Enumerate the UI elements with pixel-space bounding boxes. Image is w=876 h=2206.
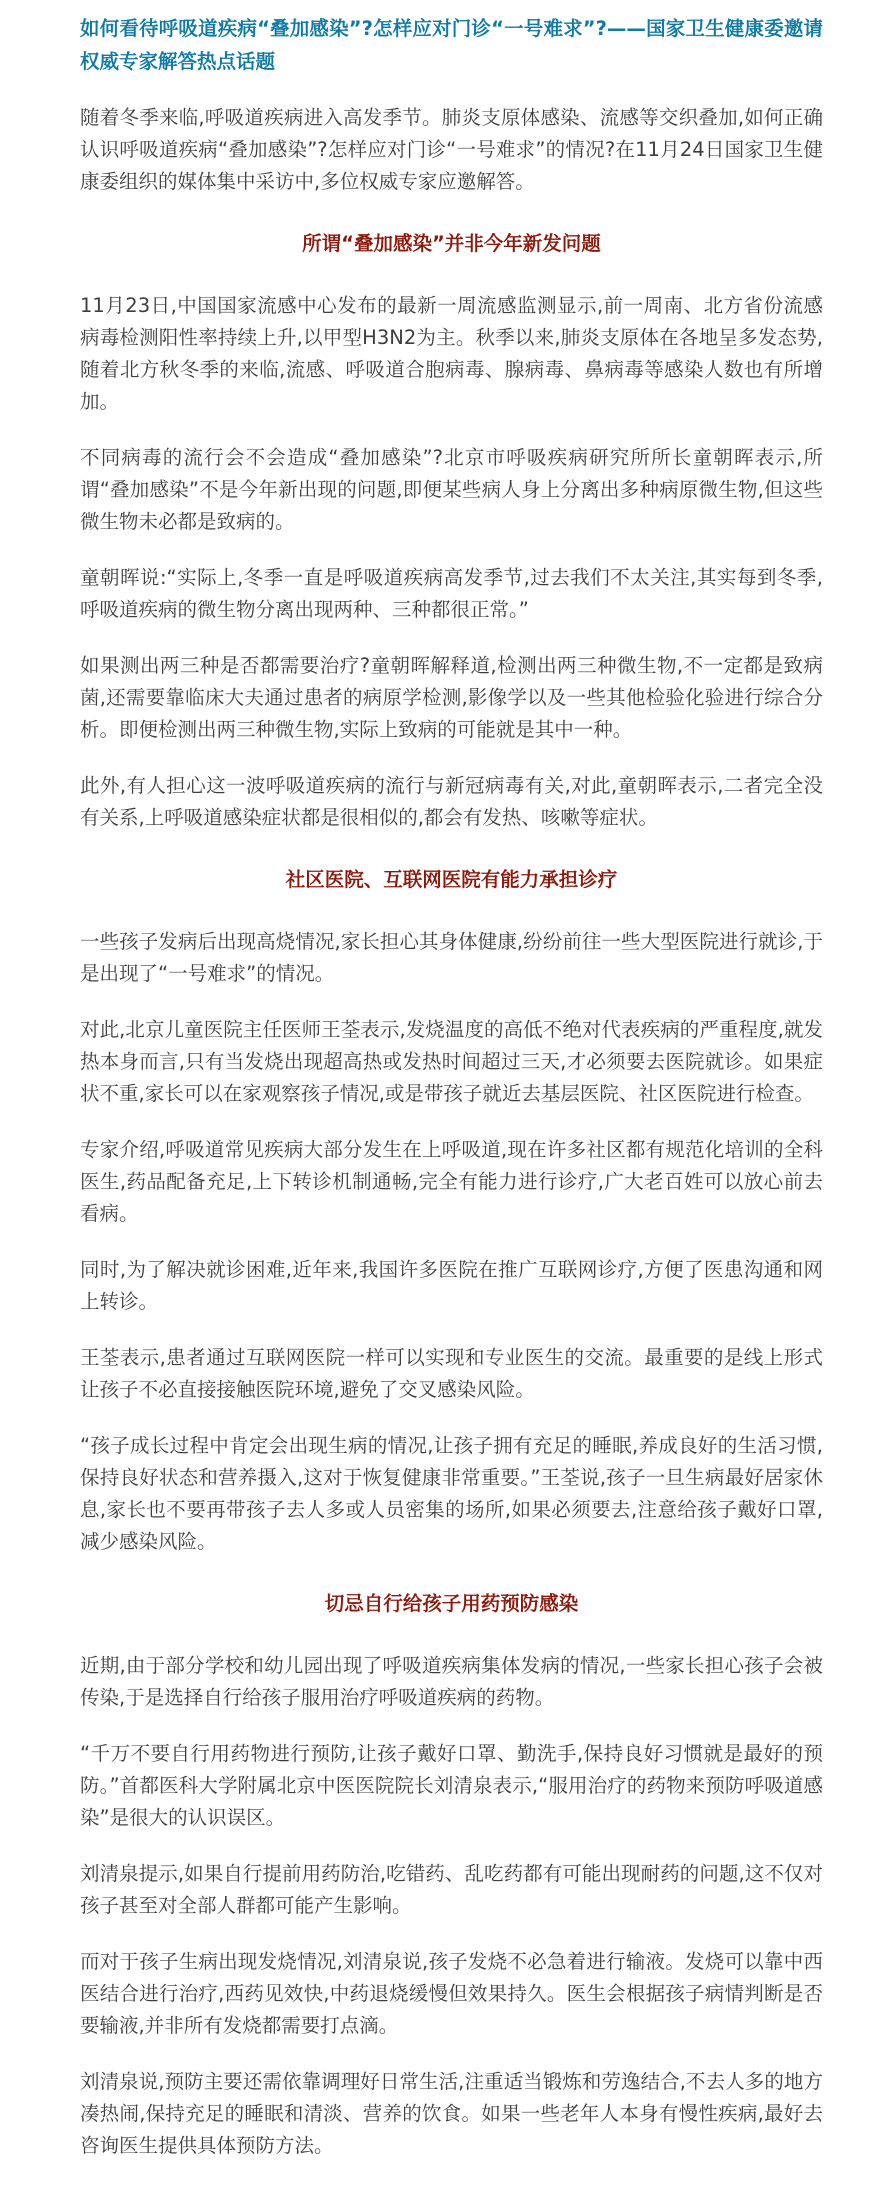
section-heading: 所谓“叠加感染”并非今年新发问题 bbox=[80, 228, 823, 260]
body-paragraph: 对此,北京儿童医院主任医师王荃表示,发烧温度的高低不绝对代表疾病的严重程度,就发… bbox=[80, 1014, 823, 1110]
body-paragraph: “千万不要自行用药物进行预防,让孩子戴好口罩、勤洗手,保持良好习惯就是最好的预防… bbox=[80, 1738, 823, 1834]
article-content: 如何看待呼吸道疾病“叠加感染”?怎样应对门诊“一号难求”?——国家卫生健康委邀请… bbox=[80, 12, 823, 2162]
body-paragraph: “孩子成长过程中肯定会出现生病的情况,让孩子拥有充足的睡眠,养成良好的生活习惯,… bbox=[80, 1430, 823, 1558]
body-paragraph: 专家介绍,呼吸道常见疾病大部分发生在上呼吸道,现在许多社区都有规范化培训的全科医… bbox=[80, 1134, 823, 1230]
body-paragraph: 刘清泉说,预防主要还需依靠调理好日常生活,注重适当锻炼和劳逸结合,不去人多的地方… bbox=[80, 2066, 823, 2162]
body-paragraph: 此外,有人担心这一波呼吸道疾病的流行与新冠病毒有关,对此,童朝晖表示,二者完全没… bbox=[80, 770, 823, 834]
body-paragraph: 童朝晖说:“实际上,冬季一直是呼吸道疾病高发季节,过去我们不太关注,其实每到冬季… bbox=[80, 562, 823, 626]
body-paragraph: 如果测出两三种是否都需要治疗?童朝晖解释道,检测出两三种微生物,不一定都是致病菌… bbox=[80, 650, 823, 746]
body-paragraph: 刘清泉提示,如果自行提前用药防治,吃错药、乱吃药都有可能出现耐药的问题,这不仅对… bbox=[80, 1858, 823, 1922]
body-paragraph: 随着冬季来临,呼吸道疾病进入高发季节。肺炎支原体感染、流感等交织叠加,如何正确认… bbox=[80, 102, 823, 198]
body-paragraph: 王荃表示,患者通过互联网医院一样可以实现和专业医生的交流。最重要的是线上形式让孩… bbox=[80, 1342, 823, 1406]
section-heading: 切忌自行给孩子用药预防感染 bbox=[80, 1588, 823, 1620]
section-heading: 社区医院、互联网医院有能力承担诊疗 bbox=[80, 864, 823, 896]
body-paragraph: 近期,由于部分学校和幼儿园出现了呼吸道疾病集体发病的情况,一些家长担心孩子会被传… bbox=[80, 1650, 823, 1714]
article-title: 如何看待呼吸道疾病“叠加感染”?怎样应对门诊“一号难求”?——国家卫生健康委邀请… bbox=[80, 12, 823, 78]
body-paragraph: 11月23日,中国国家流感中心发布的最新一周流感监测显示,前一周南、北方省份流感… bbox=[80, 290, 823, 418]
body-paragraph: 不同病毒的流行会不会造成“叠加感染”?北京市呼吸疾病研究所所长童朝晖表示,所谓“… bbox=[80, 442, 823, 538]
news-article: 如何看待呼吸道疾病“叠加感染”?怎样应对门诊“一号难求”?——国家卫生健康委邀请… bbox=[80, 0, 823, 2206]
body-paragraph: 同时,为了解决就诊困难,近年来,我国许多医院在推广互联网诊疗,方便了医患沟通和网… bbox=[80, 1254, 823, 1318]
body-paragraph: 而对于孩子生病出现发烧情况,刘清泉说,孩子发烧不必急着进行输液。发烧可以靠中西医… bbox=[80, 1946, 823, 2042]
body-paragraph: 一些孩子发病后出现高烧情况,家长担心其身体健康,纷纷前往一些大型医院进行就诊,于… bbox=[80, 926, 823, 990]
